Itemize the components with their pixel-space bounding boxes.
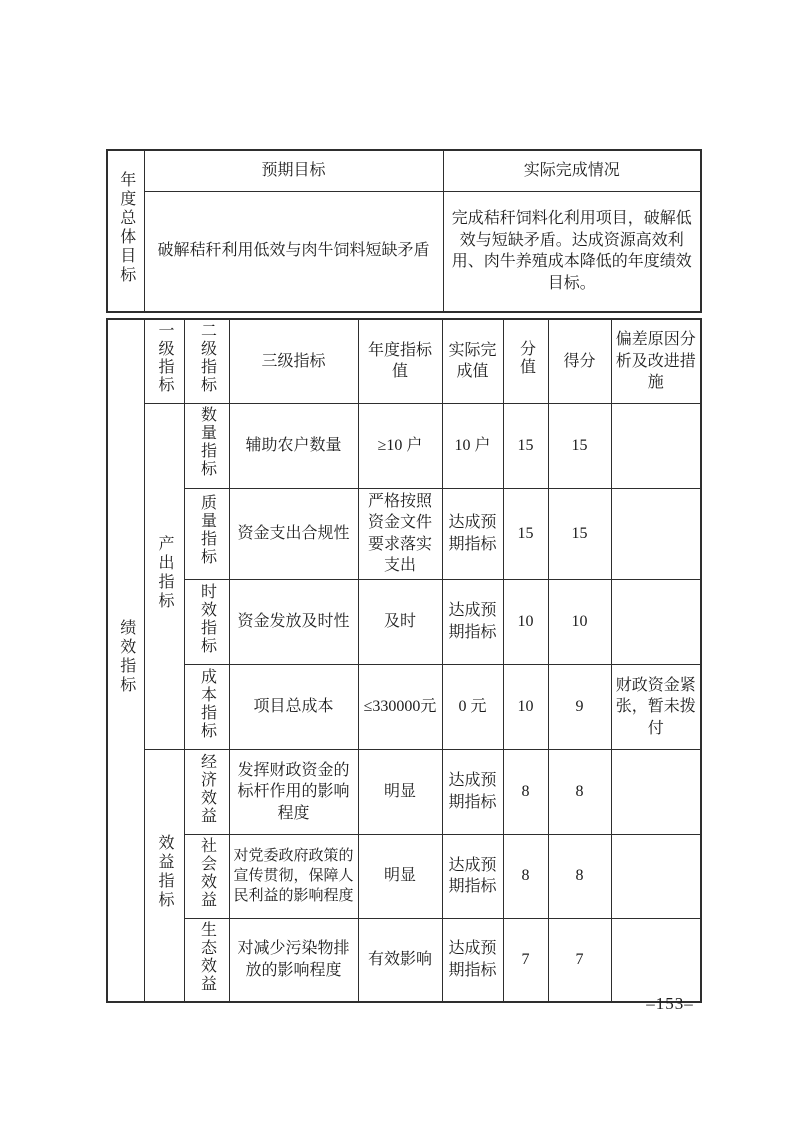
table-row: 生态效益 对减少污染物排放的影响程度 有效影响 达成预期指标 7 7: [107, 918, 701, 1002]
deviation-cell: [611, 749, 701, 834]
level2-cell: 质量指标: [184, 488, 229, 579]
level3-cell: 资金发放及时性: [229, 579, 358, 664]
level2-cell: 时效指标: [184, 579, 229, 664]
annual-value-cell: 严格按照资金文件要求落实支出: [358, 488, 442, 579]
level1-header-cell: 一级指标: [144, 319, 184, 403]
annual-value-cell: ≤330000元: [358, 664, 442, 749]
expected-goal-header-cell: 预期目标: [144, 150, 443, 191]
level2-cell: 生态效益: [184, 918, 229, 1002]
score-max-cell: 8: [503, 834, 548, 918]
deviation-cell: [611, 403, 701, 488]
actual-value-cell: 达成预期指标: [442, 579, 503, 664]
actual-value-header-cell: 实际完成值: [442, 319, 503, 403]
annual-value-header-cell: 年度指标值: [358, 319, 442, 403]
annual-value-cell: 明显: [358, 834, 442, 918]
group-output-label: 产出指标: [156, 535, 172, 611]
table-row: 质量指标 资金支出合规性 严格按照资金文件要求落实支出 达成预期指标 15 15: [107, 488, 701, 579]
goal-row-header-label: 年度总体目标: [118, 171, 134, 285]
level2-cell: 数量指标: [184, 403, 229, 488]
deviation-cell: [611, 488, 701, 579]
actual-completion-cell: 完成秸秆饲料化利用项目，破解低效与短缺矛盾。达成资源高效利用、肉牛养殖成本降低的…: [443, 191, 701, 312]
level2-label: 社会效益: [199, 837, 215, 909]
score-cell: 7: [548, 918, 611, 1002]
score-cell: 15: [548, 488, 611, 579]
score-cell: 9: [548, 664, 611, 749]
level2-cell: 社会效益: [184, 834, 229, 918]
level2-label: 成本指标: [199, 668, 215, 740]
level3-cell: 对党委政府政策的宣传贯彻，保障人民利益的影响程度: [229, 834, 358, 918]
deviation-cell: [611, 834, 701, 918]
deviation-cell: 财政资金紧张，暂未拨付: [611, 664, 701, 749]
level2-label: 数量指标: [199, 406, 215, 478]
score-max-header-cell: 分值: [503, 319, 548, 403]
group-output-cell: 产出指标: [144, 403, 184, 749]
level1-header-label: 一级指标: [156, 322, 172, 394]
score-max-cell: 8: [503, 749, 548, 834]
level2-cell: 经济效益: [184, 749, 229, 834]
score-max-cell: 7: [503, 918, 548, 1002]
perf-row-header-cell: 绩效指标: [107, 319, 144, 1002]
score-max-cell: 15: [503, 403, 548, 488]
level2-label: 时效指标: [199, 583, 215, 655]
group-benefit-cell: 效益指标: [144, 749, 184, 1002]
deviation-cell: [611, 918, 701, 1002]
level3-cell: 项目总成本: [229, 664, 358, 749]
expected-goal-cell: 破解秸秆利用低效与肉牛饲料短缺矛盾: [144, 191, 443, 312]
annual-value-cell: ≥10 户: [358, 403, 442, 488]
goal-content-row: 破解秸秆利用低效与肉牛饲料短缺矛盾 完成秸秆饲料化利用项目，破解低效与短缺矛盾。…: [107, 191, 701, 312]
table-row: 社会效益 对党委政府政策的宣传贯彻，保障人民利益的影响程度 明显 达成预期指标 …: [107, 834, 701, 918]
score-max-cell: 10: [503, 664, 548, 749]
perf-row-header-label: 绩效指标: [118, 619, 134, 695]
page-number: –153–: [640, 994, 700, 1014]
level2-header-label: 二级指标: [199, 322, 215, 394]
level2-label: 质量指标: [199, 494, 215, 566]
document-page: 年度总体目标 预期目标 实际完成情况 破解秸秆利用低效与肉牛饲料短缺矛盾 完成秸…: [0, 0, 794, 1122]
score-cell: 15: [548, 403, 611, 488]
score-max-cell: 15: [503, 488, 548, 579]
score-max-header-label: 分值: [518, 340, 534, 376]
actual-value-cell: 0 元: [442, 664, 503, 749]
score-cell: 10: [548, 579, 611, 664]
deviation-header-cell: 偏差原因分析及改进措施: [611, 319, 701, 403]
deviation-cell: [611, 579, 701, 664]
actual-value-cell: 达成预期指标: [442, 918, 503, 1002]
level2-label: 生态效益: [199, 921, 215, 993]
level3-cell: 对减少污染物排放的影响程度: [229, 918, 358, 1002]
goal-row-header-cell: 年度总体目标: [107, 150, 144, 312]
perf-header-row: 绩效指标 一级指标 二级指标 三级指标 年度指标值 实际完成值 分值 得分 偏差…: [107, 319, 701, 403]
group-benefit-label: 效益指标: [156, 834, 172, 910]
score-cell: 8: [548, 834, 611, 918]
score-cell: 8: [548, 749, 611, 834]
level3-cell: 资金支出合规性: [229, 488, 358, 579]
level2-label: 经济效益: [199, 753, 215, 825]
annual-value-cell: 明显: [358, 749, 442, 834]
actual-value-cell: 10 户: [442, 403, 503, 488]
annual-value-cell: 有效影响: [358, 918, 442, 1002]
level2-cell: 成本指标: [184, 664, 229, 749]
annual-goal-table: 年度总体目标 预期目标 实际完成情况 破解秸秆利用低效与肉牛饲料短缺矛盾 完成秸…: [106, 149, 702, 313]
actual-value-cell: 达成预期指标: [442, 834, 503, 918]
annual-value-cell: 及时: [358, 579, 442, 664]
table-row: 效益指标 经济效益 发挥财政资金的标杆作用的影响程度 明显 达成预期指标 8 8: [107, 749, 701, 834]
level3-header-cell: 三级指标: [229, 319, 358, 403]
actual-value-cell: 达成预期指标: [442, 749, 503, 834]
actual-completion-header-cell: 实际完成情况: [443, 150, 701, 191]
level2-header-cell: 二级指标: [184, 319, 229, 403]
actual-value-cell: 达成预期指标: [442, 488, 503, 579]
table-row: 时效指标 资金发放及时性 及时 达成预期指标 10 10: [107, 579, 701, 664]
goal-header-row: 年度总体目标 预期目标 实际完成情况: [107, 150, 701, 191]
table-row: 产出指标 数量指标 辅助农户数量 ≥10 户 10 户 15 15: [107, 403, 701, 488]
level3-cell: 辅助农户数量: [229, 403, 358, 488]
score-header-cell: 得分: [548, 319, 611, 403]
level3-cell: 发挥财政资金的标杆作用的影响程度: [229, 749, 358, 834]
score-max-cell: 10: [503, 579, 548, 664]
table-row: 成本指标 项目总成本 ≤330000元 0 元 10 9 财政资金紧张，暂未拨付: [107, 664, 701, 749]
performance-indicators-table: 绩效指标 一级指标 二级指标 三级指标 年度指标值 实际完成值 分值 得分 偏差…: [106, 318, 702, 1003]
